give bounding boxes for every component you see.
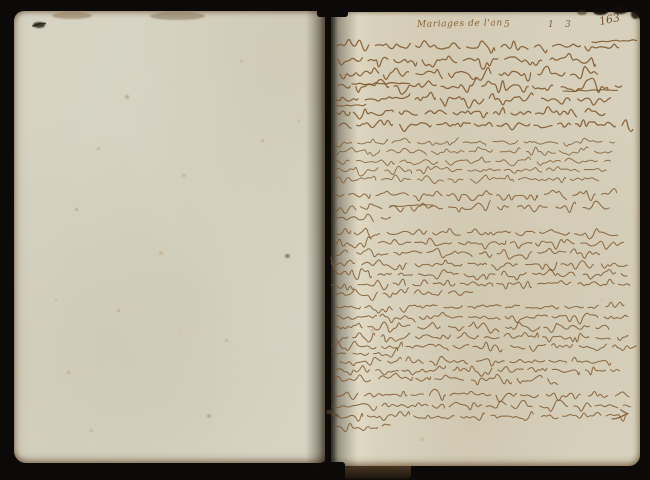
foxing-spot (182, 174, 186, 177)
foxing-spot (631, 10, 640, 19)
foxing-spot (593, 8, 608, 15)
foxing-spot (207, 414, 211, 418)
foxing-spot (371, 329, 374, 332)
gutter-notch-top (317, 0, 348, 17)
foxing-spot (521, 209, 523, 211)
foxing-spot (334, 414, 339, 417)
foxing-spot (180, 330, 182, 332)
foxing-spot (52, 12, 92, 19)
foxing-spot (298, 119, 300, 122)
foxing-spot (159, 251, 163, 255)
foxing-spot (261, 139, 264, 142)
foxing-spot (601, 299, 603, 301)
header-year-digit: 1 (548, 20, 554, 30)
foxing-spot (125, 95, 129, 99)
foxing-spot (55, 299, 57, 301)
foxing-spot (240, 60, 243, 63)
foxing-spot (90, 429, 93, 432)
foxing-spot (326, 410, 333, 414)
foxing-spot (117, 309, 120, 312)
header-year-digit: 3 (565, 20, 571, 30)
gutter-notch-bottom (320, 462, 345, 480)
foxing-spot (150, 12, 205, 20)
foxing-spot (33, 22, 45, 28)
left-blank-page (14, 11, 325, 463)
foxing-spot (97, 147, 100, 150)
foxing-spot (349, 58, 352, 60)
page-header-title: Mariages de l'an (417, 18, 503, 29)
foxing-spot (67, 371, 70, 374)
foxing-spot (612, 6, 628, 14)
foxing-spot (285, 254, 290, 258)
foxing-spot (225, 339, 228, 342)
foxing-spot (420, 438, 424, 441)
right-manuscript-page (331, 12, 640, 466)
header-year-digit: 5 (504, 20, 510, 30)
manuscript-scan: Mariages de l'an 5 1 3 163 (0, 0, 650, 480)
foxing-spot (577, 10, 587, 15)
foxing-spot (75, 208, 78, 211)
